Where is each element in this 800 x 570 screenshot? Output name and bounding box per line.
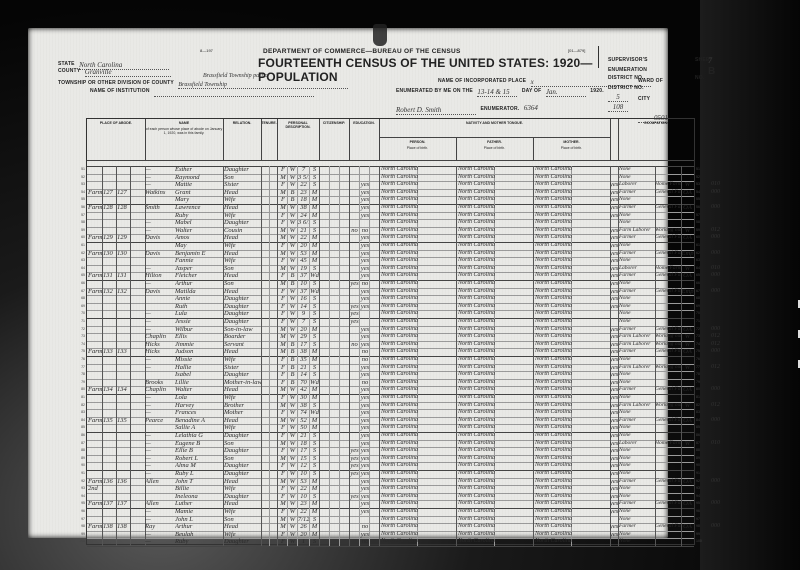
column-divider: [261, 364, 262, 372]
column-divider: [379, 212, 380, 220]
cell-given: Lola: [175, 394, 223, 402]
cell-f-birth: North Carolina: [458, 440, 533, 448]
column-divider: [329, 181, 330, 189]
cell-f-birth: North Carolina: [458, 348, 533, 356]
cell-relation: Son: [224, 516, 261, 524]
occupation-code: 000: [711, 250, 720, 258]
column-divider: [261, 478, 262, 486]
cell-english: yes: [610, 379, 618, 387]
column-divider: [339, 432, 340, 440]
cell-class: [681, 508, 694, 516]
column-divider: [277, 196, 278, 204]
cell-school: [350, 326, 359, 334]
column-divider: [379, 242, 380, 250]
column-divider: [130, 204, 131, 212]
column-divider: [329, 455, 330, 463]
column-divider: [379, 318, 380, 326]
cell-industry: [655, 295, 681, 303]
column-divider: [130, 523, 131, 531]
column-divider: [533, 242, 534, 250]
column-divider: [261, 371, 262, 379]
cell-dwelling: [103, 440, 116, 448]
column-divider: [379, 424, 380, 432]
column-divider: [319, 333, 320, 341]
cell-age: 38: [298, 402, 309, 410]
cell-family: 136: [117, 478, 130, 486]
cell-m-birth: North Carolina: [535, 196, 610, 204]
col-relation: RELATION.: [223, 119, 262, 160]
cell-street: Farm: [88, 288, 102, 296]
cell-english: yes: [610, 440, 618, 448]
cell-race: W: [288, 409, 297, 417]
column-divider: [130, 280, 131, 288]
cell-birth: North Carolina: [381, 493, 456, 501]
line-number-right: 90: [696, 462, 708, 470]
line-number-right: 56: [696, 204, 708, 212]
column-divider: [533, 166, 534, 174]
cell-age: 53: [298, 478, 309, 486]
cell-sex: M: [279, 280, 287, 288]
line-number-right: 95: [696, 500, 708, 508]
cell-english: yes: [610, 265, 618, 273]
cell-relation: Son: [224, 174, 261, 182]
cell-given: Beulah: [175, 531, 223, 539]
cell-family: [117, 280, 130, 288]
cell-age: 18: [298, 196, 309, 204]
cell-age: 1: [298, 538, 309, 546]
cell-read: no: [360, 227, 370, 235]
cell-family: [117, 333, 130, 341]
col-citizenship: CITIZENSHIP.: [319, 119, 350, 160]
cell-read: yes: [360, 508, 370, 516]
cell-age: 53: [298, 250, 309, 258]
column-divider: [329, 234, 330, 242]
cell-school: yes: [350, 447, 359, 455]
cell-race: W: [288, 523, 297, 531]
cell-age: 38: [298, 204, 309, 212]
cell-school: [350, 409, 359, 417]
cell-read: yes: [360, 493, 370, 501]
column-divider: [130, 196, 131, 204]
column-divider: [379, 288, 380, 296]
line-number: 97: [73, 516, 85, 524]
cell-relation: Cousin: [224, 227, 261, 235]
column-divider: [130, 310, 131, 318]
cell-marital: M: [310, 204, 319, 212]
column-divider: [329, 174, 330, 182]
cell-read: yes: [360, 364, 370, 372]
cell-occ: None: [619, 516, 655, 524]
column-divider: [339, 280, 340, 288]
column-divider: [456, 379, 457, 387]
cell-street: [88, 326, 102, 334]
column-divider: [319, 470, 320, 478]
cell-age: 26: [298, 523, 309, 531]
column-divider: [379, 364, 380, 372]
line-number-right: 61: [696, 242, 708, 250]
column-divider: [456, 478, 457, 486]
cell-sex: M: [279, 440, 287, 448]
cell-f-birth: North Carolina: [458, 409, 533, 417]
cell-m-birth: North Carolina: [535, 272, 610, 280]
cell-class: [681, 318, 694, 326]
cell-f-birth: North Carolina: [458, 234, 533, 242]
column-divider: [261, 348, 262, 356]
cell-english: yes: [610, 394, 618, 402]
cell-school: [350, 348, 359, 356]
cell-marital: M: [310, 356, 319, 364]
cell-race: B: [288, 341, 297, 349]
cell-industry: Home Farm: [655, 265, 681, 273]
cell-sex: F: [279, 424, 287, 432]
cell-race: W: [288, 531, 297, 539]
cell-marital: S: [310, 432, 319, 440]
column-divider: [261, 424, 262, 432]
line-number-right: 54: [696, 189, 708, 197]
cell-relation: Son-in-law: [224, 326, 261, 334]
cell-marital: S: [310, 538, 319, 546]
cell-read: no: [360, 379, 370, 387]
cell-birth: North Carolina: [381, 531, 456, 539]
cell-industry: Working out: [655, 402, 681, 410]
cell-given: Mary: [175, 196, 223, 204]
cell-f-birth: North Carolina: [458, 432, 533, 440]
line-number: 68: [73, 295, 85, 303]
column-divider: [456, 227, 457, 235]
cell-f-birth: North Carolina: [458, 493, 533, 501]
column-divider: [456, 174, 457, 182]
cell-street: [88, 265, 102, 273]
cell-english: yes: [610, 432, 618, 440]
cell-occ: Farmer: [619, 204, 655, 212]
cell-marital: S: [310, 516, 319, 524]
column-divider: [379, 386, 380, 394]
line-number: 80: [73, 386, 85, 394]
cell-english: yes: [610, 531, 618, 539]
cell-street: [88, 303, 102, 311]
cell-school: [350, 333, 359, 341]
cell-relation: Son: [224, 265, 261, 273]
column-divider: [329, 508, 330, 516]
cell-m-birth: North Carolina: [535, 500, 610, 508]
column-divider: [277, 538, 278, 546]
cell-school: [350, 523, 359, 531]
line-number-right: 83: [696, 409, 708, 417]
cell-age: 29: [298, 333, 309, 341]
line-number: 75: [73, 348, 85, 356]
cell-marital: S: [310, 227, 319, 235]
cell-birth: North Carolina: [381, 318, 456, 326]
column-divider: [277, 272, 278, 280]
column-divider: [277, 402, 278, 410]
cell-given: Hallie: [175, 364, 223, 372]
col-education: EDUCATION.: [349, 119, 380, 160]
cell-f-birth: North Carolina: [458, 257, 533, 265]
column-divider: [269, 455, 270, 463]
cell-class: OA: [681, 417, 694, 425]
cell-dwelling: [103, 409, 116, 417]
form-number: 8—197: [200, 48, 213, 53]
cell-school: [350, 189, 359, 197]
cell-street: Farm: [88, 523, 102, 531]
cell-occ: None: [619, 531, 655, 539]
column-divider: [329, 250, 330, 258]
cell-sex: F: [279, 485, 287, 493]
cell-race: W: [288, 447, 297, 455]
cell-m-birth: North Carolina: [535, 493, 610, 501]
column-divider: [269, 348, 270, 356]
cell-dwelling: 128: [103, 204, 116, 212]
cell-english: yes: [610, 386, 618, 394]
occupation-code: 000: [711, 478, 720, 486]
cell-race: W: [288, 219, 297, 227]
cell-family: 130: [117, 250, 130, 258]
cell-race: W: [288, 257, 297, 265]
cell-read: [360, 166, 370, 174]
column-divider: [329, 417, 330, 425]
cell-school: [350, 394, 359, 402]
cell-occ: Farmer: [619, 234, 655, 242]
cell-occ: None: [619, 409, 655, 417]
cell-sex: M: [279, 500, 287, 508]
cell-surname: [145, 242, 175, 250]
line-number: 59: [73, 227, 85, 235]
column-divider: [456, 394, 457, 402]
column-divider: [261, 166, 262, 174]
column-divider: [277, 493, 278, 501]
column-divider: [379, 432, 380, 440]
column-divider: [319, 531, 320, 539]
column-divider: [329, 493, 330, 501]
column-divider: [130, 386, 131, 394]
cell-race: W: [288, 470, 297, 478]
cell-read: no: [360, 356, 370, 364]
cell-class: [681, 295, 694, 303]
column-divider: [130, 508, 131, 516]
column-divider: [339, 470, 340, 478]
column-divider: [339, 242, 340, 250]
column-divider: [277, 523, 278, 531]
cell-industry: [655, 485, 681, 493]
column-divider: [533, 288, 534, 296]
cell-sex: M: [279, 516, 287, 524]
cell-marital: M: [310, 212, 319, 220]
line-number-right: 75: [696, 348, 708, 356]
cell-birth: North Carolina: [381, 265, 456, 273]
column-divider: [261, 212, 262, 220]
cell-read: [360, 318, 370, 326]
column-divider: [533, 196, 534, 204]
column-divider: [261, 440, 262, 448]
cell-m-birth: North Carolina: [535, 424, 610, 432]
column-divider: [379, 531, 380, 539]
line-number-right: 72: [696, 326, 708, 334]
column-divider: [339, 196, 340, 204]
cell-given: Ruby L: [175, 470, 223, 478]
column-divider: [130, 341, 131, 349]
cell-m-birth: North Carolina: [535, 417, 610, 425]
line-number: 82: [73, 402, 85, 410]
ink-stain: [373, 24, 387, 46]
cell-class: [681, 196, 694, 204]
cell-sex: F: [279, 356, 287, 364]
column-divider: [379, 500, 380, 508]
cell-school: [350, 272, 359, 280]
column-divider: [339, 455, 340, 463]
cell-age: 3 6/12: [298, 219, 309, 227]
cell-dwelling: [103, 196, 116, 204]
column-divider: [339, 379, 340, 387]
line-number-right: 59: [696, 227, 708, 235]
cell-occ: None: [619, 280, 655, 288]
occupation-code: 010: [711, 440, 720, 448]
cell-class: [681, 257, 694, 265]
column-divider: [261, 272, 262, 280]
cell-school: [350, 516, 359, 524]
column-divider: [261, 417, 262, 425]
line-number: 73: [73, 333, 85, 341]
column-divider: [533, 531, 534, 539]
cell-birth: North Carolina: [381, 379, 456, 387]
cell-f-birth: North Carolina: [458, 265, 533, 273]
cell-surname: Davis: [145, 234, 175, 242]
column-divider: [277, 189, 278, 197]
cell-english: yes: [610, 356, 618, 364]
column-divider: [456, 204, 457, 212]
column-divider: [533, 318, 534, 326]
cell-m-birth: North Carolina: [535, 257, 610, 265]
cell-m-birth: North Carolina: [535, 508, 610, 516]
line-number: 85: [73, 424, 85, 432]
line-number-right: 53: [696, 181, 708, 189]
col-tenure: TENURE.: [261, 119, 278, 160]
cell-relation: Head: [224, 500, 261, 508]
column-divider: [319, 500, 320, 508]
cell-m-birth: North Carolina: [535, 280, 610, 288]
cell-relation: Head: [224, 272, 261, 280]
column-divider: [261, 219, 262, 227]
column-divider: [277, 508, 278, 516]
cell-surname: —: [145, 394, 175, 402]
cell-m-birth: North Carolina: [535, 356, 610, 364]
cell-relation: Head: [224, 478, 261, 486]
cell-industry: [655, 257, 681, 265]
column-divider: [261, 295, 262, 303]
cell-family: [117, 166, 130, 174]
cell-class: W: [681, 341, 694, 349]
cell-age: 3 5/12: [298, 174, 309, 182]
column-divider: [130, 227, 131, 235]
cell-m-birth: North Carolina: [535, 234, 610, 242]
cell-class: [681, 409, 694, 417]
column-divider: [277, 341, 278, 349]
cell-relation: Servant: [224, 341, 261, 349]
cell-surname: Chaplin: [145, 333, 175, 341]
cell-industry: General Farm: [655, 348, 681, 356]
cell-sex: F: [279, 462, 287, 470]
cell-english: yes: [610, 402, 618, 410]
column-divider: [277, 386, 278, 394]
column-divider: [456, 523, 457, 531]
cell-dwelling: [103, 310, 116, 318]
cell-surname: Brooks: [145, 379, 175, 387]
cell-occ: None: [619, 257, 655, 265]
column-divider: [379, 516, 380, 524]
cell-occ: None: [619, 196, 655, 204]
cell-industry: [655, 470, 681, 478]
cell-dwelling: [103, 174, 116, 182]
cell-marital: M: [310, 500, 319, 508]
cell-race: W: [288, 288, 297, 296]
column-divider: [277, 394, 278, 402]
cell-street: [88, 166, 102, 174]
cell-given: Benadine A: [175, 417, 223, 425]
cell-dwelling: [103, 402, 116, 410]
cell-occ: Laborer: [619, 265, 655, 273]
cell-sex: F: [279, 508, 287, 516]
cell-birth: North Carolina: [381, 500, 456, 508]
cell-read: no: [360, 538, 370, 546]
cell-marital: Wd: [310, 288, 319, 296]
cell-age: 10: [298, 280, 309, 288]
cell-f-birth: North Carolina: [458, 455, 533, 463]
cell-m-birth: North Carolina: [535, 371, 610, 379]
cell-dwelling: [103, 455, 116, 463]
cell-street: Farm: [88, 417, 102, 425]
cell-f-birth: North Carolina: [458, 364, 533, 372]
column-divider: [130, 485, 131, 493]
occupation-code: 010: [711, 265, 720, 273]
cell-occ: Farm Laborer: [619, 341, 655, 349]
cell-street: [88, 364, 102, 372]
column-divider: [269, 326, 270, 334]
column-divider: [261, 462, 262, 470]
cell-english: yes: [610, 485, 618, 493]
cell-surname: —: [145, 280, 175, 288]
cell-marital: M: [310, 531, 319, 539]
cell-school: yes: [350, 318, 359, 326]
column-divider: [277, 470, 278, 478]
line-number: 91: [73, 470, 85, 478]
cell-dwelling: [103, 166, 116, 174]
column-divider: [319, 212, 320, 220]
cell-surname: —: [145, 174, 175, 182]
column-divider: [533, 500, 534, 508]
cell-m-birth: North Carolina: [535, 531, 610, 539]
cell-english: yes: [610, 470, 618, 478]
col-occupation: OCCUPATION.: [618, 119, 694, 160]
cell-dwelling: 131: [103, 272, 116, 280]
cell-industry: General Farm: [655, 288, 681, 296]
cell-f-birth: North Carolina: [458, 227, 533, 235]
cell-read: yes: [360, 409, 370, 417]
column-divider: [379, 470, 380, 478]
column-divider: [456, 447, 457, 455]
column-divider: [261, 265, 262, 273]
cell-occ: None: [619, 462, 655, 470]
column-divider: [277, 265, 278, 273]
cell-street: [88, 531, 102, 539]
cell-family: [117, 379, 130, 387]
line-number: 77: [73, 364, 85, 372]
cell-age: 17: [298, 341, 309, 349]
cell-class: OA: [681, 386, 694, 394]
cell-dwelling: [103, 538, 116, 546]
column-divider: [533, 440, 534, 448]
cell-age: 70: [298, 379, 309, 387]
column-divider: [339, 516, 340, 524]
cell-sex: F: [279, 447, 287, 455]
